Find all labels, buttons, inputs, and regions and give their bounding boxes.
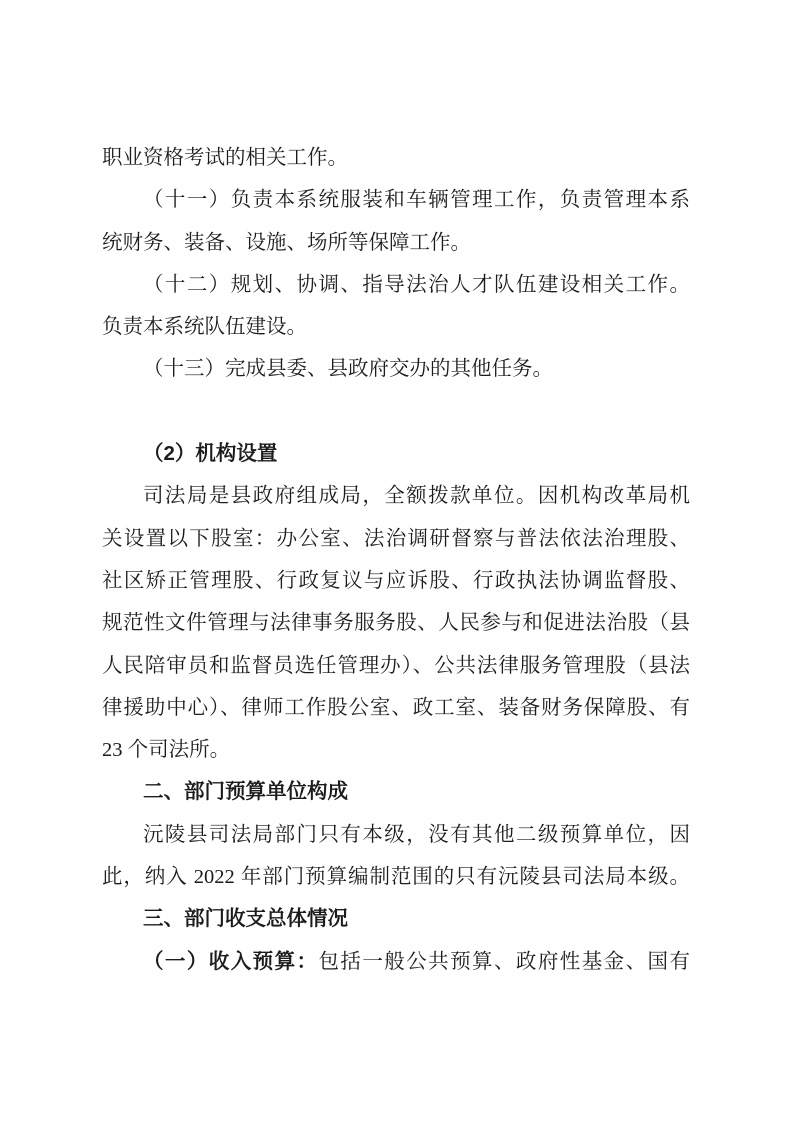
text-line: 社区矫正管理股、行政复议与应诉股、行政执法协调监督股、 xyxy=(102,560,690,602)
text-line: （十一）负责本系统服装和车辆管理工作，负责管理本系 xyxy=(102,179,690,221)
text-line: 职业资格考试的相关工作。 xyxy=(102,137,690,179)
heading-line: （2）机构设置 xyxy=(102,433,690,475)
text-line: 沅陵县司法局部门只有本级，没有其他二级预算单位，因 xyxy=(102,814,690,856)
heading-line: 二、部门预算单位构成 xyxy=(102,771,690,813)
text-run: 包括一般公共预算、政府性基金、国有 xyxy=(319,951,691,973)
document-page: 职业资格考试的相关工作。（十一）负责本系统服装和车辆管理工作，负责管理本系统财务… xyxy=(0,0,793,1122)
text-run: 沅陵县司法局部门只有本级，没有其他二级预算单位，因 xyxy=(143,824,690,846)
text-run: 司法局是县政府组成局，全额拨款单位。因机构改革局机 xyxy=(143,485,690,507)
text-run: 关设置以下股室：办公室、法治调研督察与普法依法治理股、 xyxy=(102,528,690,550)
text-line: 负责本系统队伍建设。 xyxy=(102,306,690,348)
text-line: 人民陪审员和监督员选任管理办）、公共法律服务管理股（县法 xyxy=(102,645,690,687)
text-run: 此，纳入 2022 年部门预算编制范围的只有沅陵县司法局本级。 xyxy=(102,866,690,888)
bold-text-run: 三、部门收支总体情况 xyxy=(143,907,348,930)
text-line: 律援助中心）、律师工作股公室、政工室、装备财务保障股、有 xyxy=(102,687,690,729)
text-run: 律援助中心）、律师工作股公室、政工室、装备财务保障股、有 xyxy=(102,697,690,719)
text-run: 职业资格考试的相关工作。 xyxy=(102,147,348,169)
text-run: 负责本系统队伍建设。 xyxy=(102,316,307,338)
text-line: 统财务、装备、设施、场所等保障工作。 xyxy=(102,222,690,264)
text-run: 规范性文件管理与法律事务服务股、人民参与和促进法治股（县 xyxy=(102,612,690,634)
bold-text-run: 二、部门预算单位构成 xyxy=(143,780,348,803)
text-run: 23 个司法所。 xyxy=(102,739,230,761)
text-run: 人民陪审员和监督员选任管理办）、公共法律服务管理股（县法 xyxy=(102,655,690,677)
document-body: 职业资格考试的相关工作。（十一）负责本系统服装和车辆管理工作，负责管理本系统财务… xyxy=(102,137,690,983)
text-line: 规范性文件管理与法律事务服务股、人民参与和促进法治股（县 xyxy=(102,602,690,644)
text-line: （十二）规划、协调、指导法治人才队伍建设相关工作。 xyxy=(102,264,690,306)
text-run: （十三）完成县委、县政府交办的其他任务。 xyxy=(143,358,553,380)
text-run: 统财务、装备、设施、场所等保障工作。 xyxy=(102,232,471,254)
text-line: （一）收入预算：包括一般公共预算、政府性基金、国有 xyxy=(102,941,690,983)
heading-line: 三、部门收支总体情况 xyxy=(102,898,690,940)
text-run: （十二）规划、协调、指导法治人才队伍建设相关工作。 xyxy=(143,274,690,296)
text-run: 社区矫正管理股、行政复议与应诉股、行政执法协调监督股、 xyxy=(102,570,690,592)
bold-text-run: （一）收入预算： xyxy=(143,950,319,973)
text-line: （十三）完成县委、县政府交办的其他任务。 xyxy=(102,348,690,390)
bold-text-run: （2）机构设置 xyxy=(143,442,277,465)
text-line: 司法局是县政府组成局，全额拨款单位。因机构改革局机 xyxy=(102,475,690,517)
text-line: 23 个司法所。 xyxy=(102,729,690,771)
blank-line xyxy=(102,391,690,433)
text-line: 此，纳入 2022 年部门预算编制范围的只有沅陵县司法局本级。 xyxy=(102,856,690,898)
text-line: 关设置以下股室：办公室、法治调研督察与普法依法治理股、 xyxy=(102,518,690,560)
text-run: （十一）负责本系统服装和车辆管理工作，负责管理本系 xyxy=(143,189,690,211)
